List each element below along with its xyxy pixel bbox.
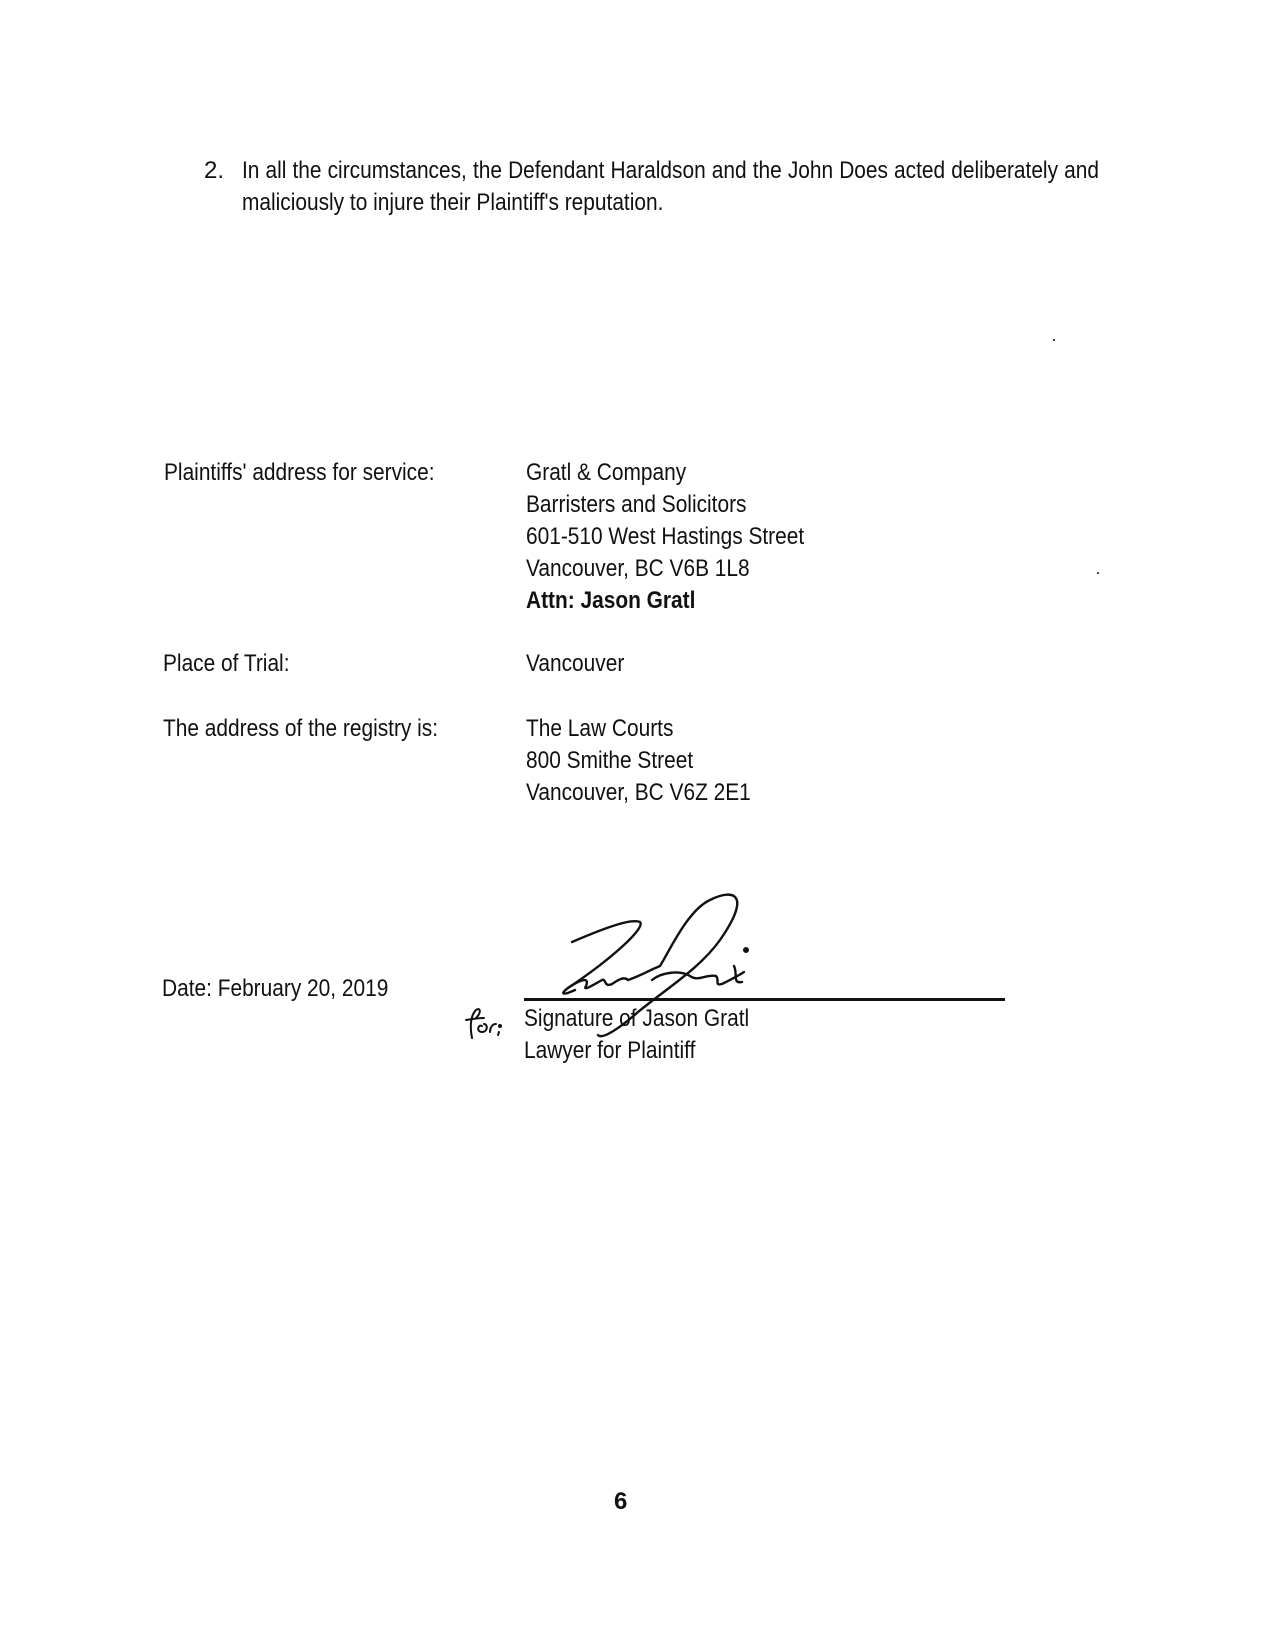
date-text: Date: February 20, 2019 (162, 973, 388, 1005)
paragraph-text: In all the circumstances, the Defendant … (242, 155, 1099, 219)
trial-value: Vancouver (526, 648, 624, 680)
scan-speck (1097, 572, 1099, 574)
service-line: 601-510 West Hastings Street (526, 521, 804, 553)
registry-line: The Law Courts (526, 713, 673, 745)
service-line: Barristers and Solicitors (526, 489, 746, 521)
signature-label: Signature of Jason Gratl (524, 1003, 749, 1035)
paragraph-number: 2. (204, 155, 224, 187)
lawyer-role: Lawyer for Plaintiff (524, 1035, 695, 1067)
scan-speck (1053, 339, 1055, 341)
service-label: Plaintiffs' address for service: (164, 457, 435, 489)
service-line: Gratl & Company (526, 457, 686, 489)
service-attn: Attn: Jason Gratl (526, 585, 695, 617)
handwritten-for-annotation-icon: for: (462, 1004, 506, 1044)
service-line: Vancouver, BC V6B 1L8 (526, 553, 750, 585)
registry-label: The address of the registry is: (163, 713, 438, 745)
signature-line (524, 998, 1005, 1001)
trial-label: Place of Trial: (163, 648, 290, 680)
registry-line: 800 Smithe Street (526, 745, 693, 777)
registry-line: Vancouver, BC V6Z 2E1 (526, 777, 751, 809)
page-number: 6 (614, 1488, 627, 1516)
